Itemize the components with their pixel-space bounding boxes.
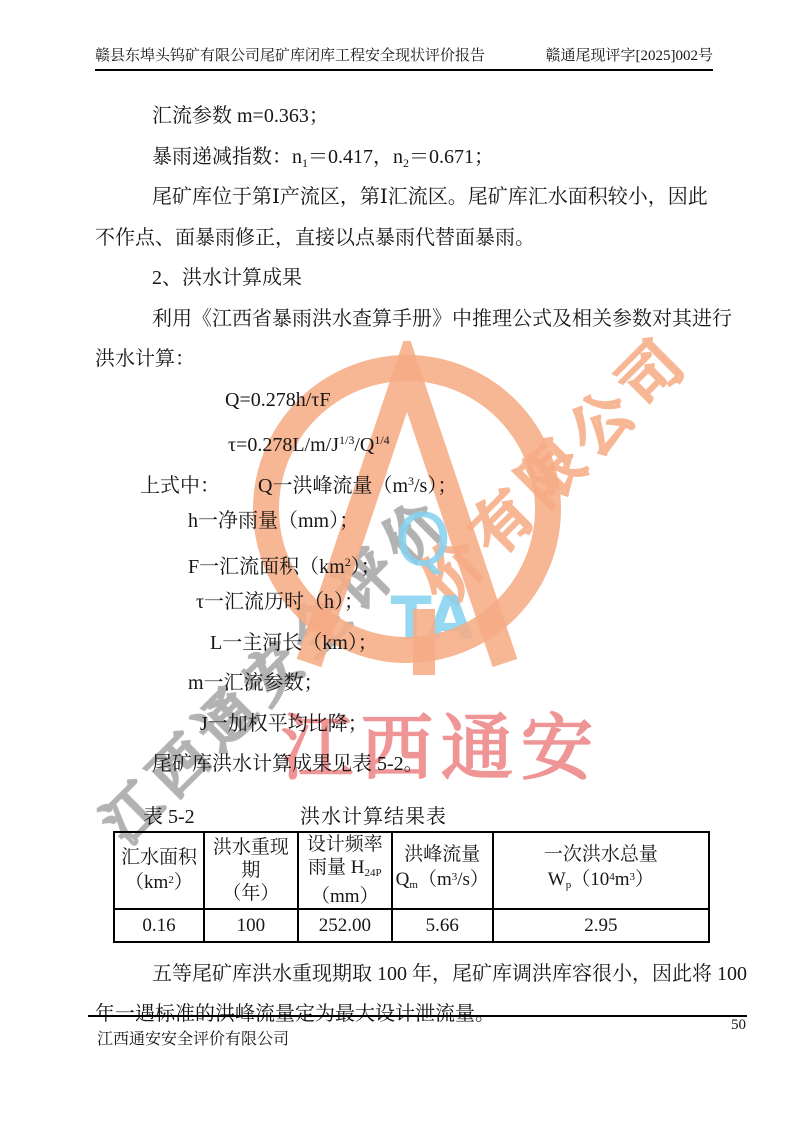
hdr-c5-line1: 一次洪水总量 [544,844,658,865]
hdr-c1-line2: （km [125,872,168,893]
table-caption-title: 洪水计算结果表 [300,800,447,829]
hdr-c3-sub: 24P [364,867,381,879]
formula-tau-text: τ=0.278L/m/J [228,434,339,456]
hdr-c3-line2b: （mm） [311,886,379,907]
hdr-c4-line2c: /s） [457,869,489,890]
header-doc-code: 赣通尾现评字[2025]002号 [546,46,714,66]
footer-rule [88,1015,747,1017]
hdr-c5-line2b: （10 [571,869,609,890]
definition-q-text2: /s）； [414,475,457,497]
cell-flood-volume: 2.95 [493,909,709,942]
formula-q: Q=0.278h/τF [95,380,713,421]
footer-company: 江西通安安全评价有限公司 [97,1026,289,1049]
header-flood-volume: 一次洪水总量Wp（104m3） [493,832,709,909]
storm-text: 暴雨递减指数：n [152,146,302,168]
paragraph-location-line2: 不作点、面暴雨修正，直接以点暴雨代替面暴雨。 [95,218,713,259]
paragraph-confluence-param: 汇流参数 m=0.363； [95,96,713,137]
definition-m: m一汇流参数； [95,663,713,704]
formula-tau: τ=0.278L/m/J1/3/Q1/4 [95,420,713,461]
formula-tau-sup2: 1/4 [374,433,389,447]
flood-results-table: 汇水面积（km2） 洪水重现期（年） 设计频率雨量 H24P（mm） 洪峰流量Q… [113,831,710,943]
page-number: 50 [731,1017,746,1034]
cell-peak-flow: 5.66 [392,909,493,942]
closing-paragraph: 五等尾矿库洪水重现期取 100 年，尾矿库调洪库容很小，因此将 100 年一遇标… [95,954,713,1035]
report-page: 江西通安全评价 价有限公司 Q TA 江西通安 赣县东埠头钨矿有限公司尾矿库闭库… [0,0,793,1122]
definition-tau: τ一汇流历时（h）； [95,582,713,623]
hdr-c2-line2: （年） [222,883,279,904]
cell-catchment-area: 0.16 [114,909,204,942]
paragraph-method-line2: 洪水计算： [95,339,713,380]
closing-line1: 五等尾矿库洪水重现期取 100 年，尾矿库调洪库容很小，因此将 100 [95,954,713,995]
cell-design-rainfall: 252.00 [298,909,392,942]
hdr-c4-line2: Q [396,869,410,890]
definition-l: L一主河长（km）； [95,623,713,664]
definition-f-text: F一汇流面积（km [188,556,345,578]
header-title: 赣县东埠头钨矿有限公司尾矿库闭库工程安全现状评价报告 [95,46,485,66]
definition-q-text: Q一洪峰流量（m [258,475,408,497]
definition-h: h一净雨量（mm）； [95,501,713,542]
definition-f: F一汇流面积（km2）； [95,542,713,583]
formula-tau-sup1: 1/3 [339,433,354,447]
hdr-c1-line2b: ） [174,872,193,893]
table-caption-label: 表 5-2 [143,800,195,829]
table-header-row: 汇水面积（km2） 洪水重现期（年） 设计频率雨量 H24P（mm） 洪峰流量Q… [114,832,709,909]
body-text: 汇流参数 m=0.363； 暴雨递减指数：n1＝0.417，n2＝0.671； … [95,96,713,1035]
storm-text2: ＝0.417，n [308,146,403,168]
paragraph-method-line1: 利用《江西省暴雨洪水查算手册》中推理公式及相关参数对其进行 [95,299,713,340]
header-rule [95,69,713,71]
hdr-c4-sub: m [409,879,418,891]
definition-j: J一加权平均比降； [95,704,713,745]
definition-q: 上式中：Q一洪峰流量（m3/s）； [95,461,713,502]
definition-f-text2: ）； [351,556,381,578]
hdr-c1-line1: 汇水面积 [121,847,197,868]
paragraph-location-line1: 尾矿库位于第Ⅰ产流区，第Ⅰ汇流区。尾矿库汇水面积较小，因此 [95,177,713,218]
header-peak-flow: 洪峰流量Qm（m3/s） [392,832,493,909]
hdr-c5-line2: W [548,869,566,890]
table-data-row: 0.16 100 252.00 5.66 2.95 [114,909,709,942]
header-catchment-area: 汇水面积（km2） [114,832,204,909]
hdr-c3-line2: 雨量 H [308,857,364,878]
definition-intro-label: 上式中： [140,466,258,507]
hdr-c5-line2d: ） [635,869,654,890]
hdr-c4-line2b: （m [418,869,452,890]
cell-return-period: 100 [204,909,298,942]
hdr-c5-line2c: m [615,869,630,890]
paragraph-table-reference: 尾矿库洪水计算成果见表 5-2。 [95,744,713,785]
hdr-c4-line1: 洪峰流量 [404,844,480,865]
paragraph-storm-indices: 暴雨递减指数：n1＝0.417，n2＝0.671； [95,137,713,178]
table-caption: 表 5-2 洪水计算结果表 [95,785,713,831]
section-heading: 2、洪水计算成果 [95,258,713,299]
header-design-rainfall: 设计频率雨量 H24P（mm） [298,832,392,909]
formula-tau-text2: /Q [354,434,374,456]
page-content: 赣县东埠头钨矿有限公司尾矿库闭库工程安全现状评价报告 赣通尾现评字[2025]0… [95,46,713,1035]
hdr-c2-line1: 洪水重现期 [213,837,289,881]
storm-text3: ＝0.671； [409,146,494,168]
page-header: 赣县东埠头钨矿有限公司尾矿库闭库工程安全现状评价报告 赣通尾现评字[2025]0… [95,46,713,66]
header-return-period: 洪水重现期（年） [204,832,298,909]
hdr-c3-line1: 设计频率 [307,834,383,855]
